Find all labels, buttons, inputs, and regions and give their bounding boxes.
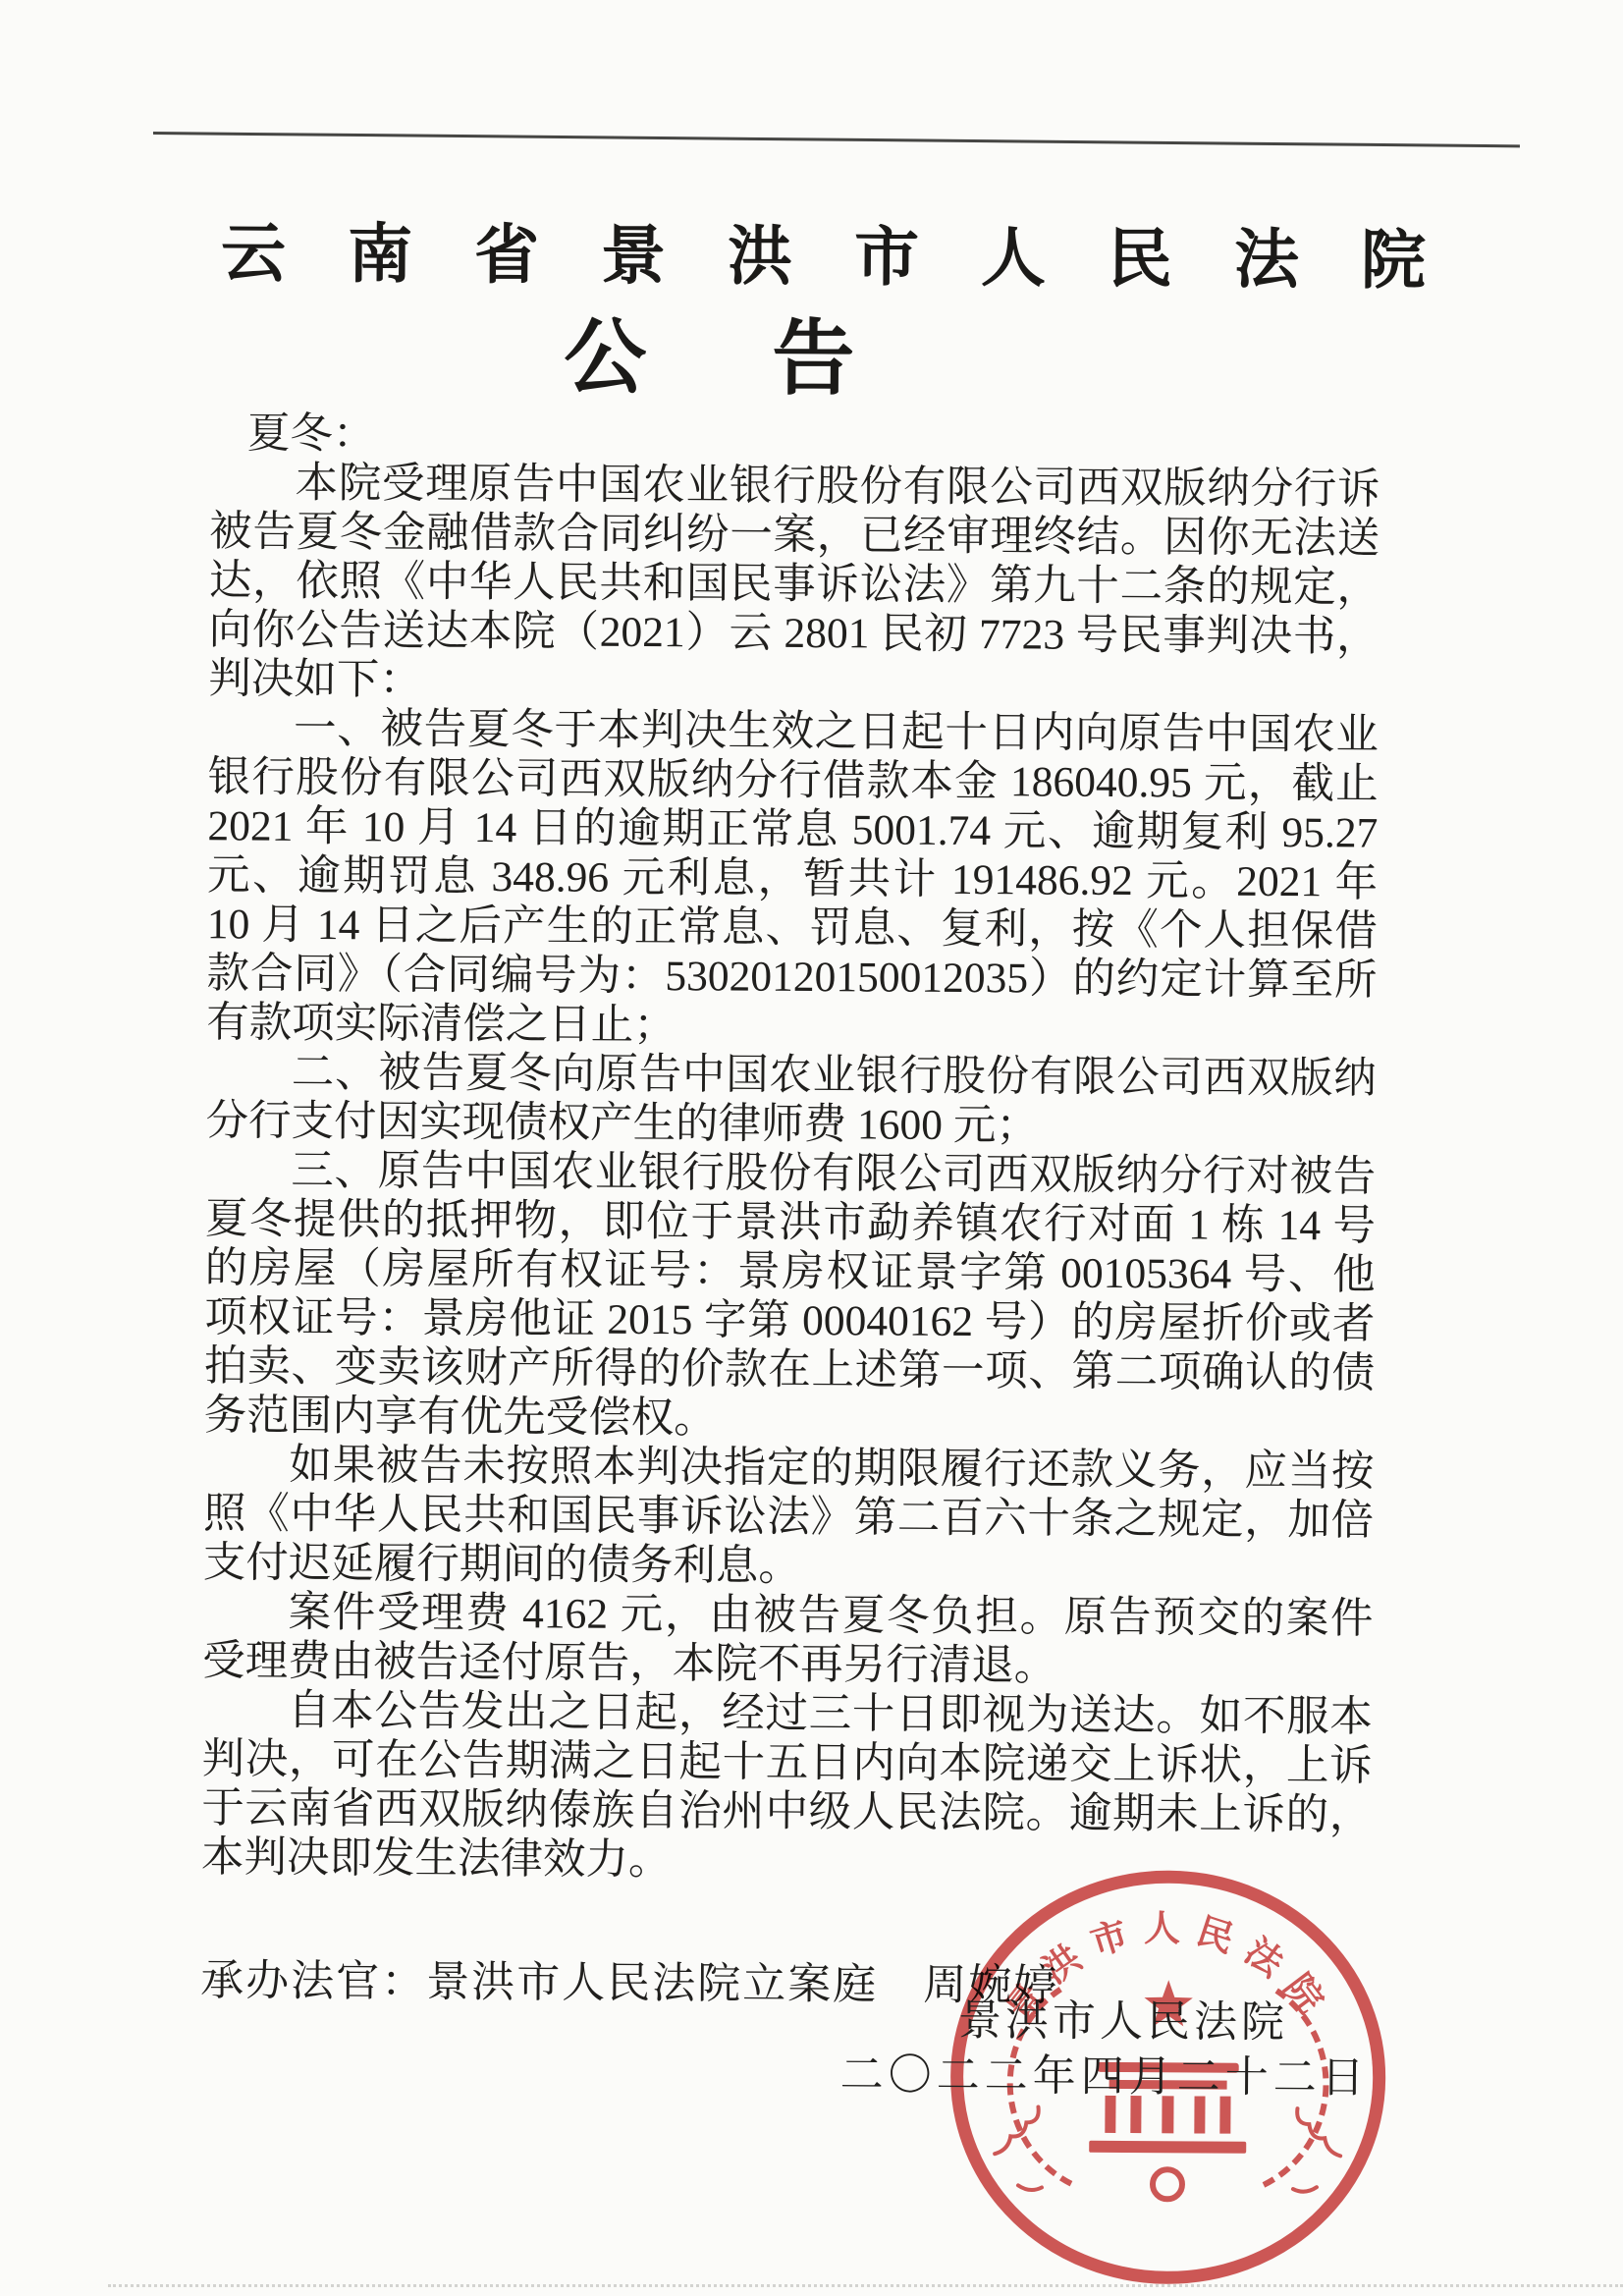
scanned-court-notice-page: 云南省景洪市人民法院 公告 夏冬： 本院受理原告中国农业银行股份有限公司西双版纳… bbox=[0, 0, 1623, 2296]
body-paragraph-appeal-notice: 自本公告发出之日起，经过三十日即视为送达。如不服本判决，可在公告期满之日起十五日… bbox=[201, 1685, 1373, 1888]
recipient-salutation: 夏冬： bbox=[247, 410, 1380, 465]
notice-date: 二〇二二年四月二十二日 bbox=[839, 2039, 1369, 2105]
notice-body: 夏冬： 本院受理原告中国农业银行股份有限公司西双版纳分行诉被告夏冬金融借款合同纠… bbox=[201, 409, 1380, 1888]
body-paragraph-court-fee: 案件受理费 4162 元，由被告夏冬负担。原告预交的案件受理费由被告迳付原告，本… bbox=[202, 1587, 1374, 1692]
court-name-heading: 云南省景洪市人民法院 bbox=[221, 200, 1488, 301]
page-content: 云南省景洪市人民法院 公告 夏冬： 本院受理原告中国农业银行股份有限公司西双版纳… bbox=[0, 0, 1623, 2296]
presiding-judge-line: 承办法官：景洪市人民法院立案庭 周婉婷 bbox=[200, 1944, 1058, 2012]
body-paragraph-judgment-2: 二、被告夏冬向原告中国农业银行股份有限公司西双版纳分行支付因实现债权产生的律师费… bbox=[205, 1047, 1377, 1152]
body-paragraph-judgment-1: 一、被告夏冬于本判决生效之日起十日内向原告中国农业银行股份有限公司西双版纳分行借… bbox=[206, 703, 1379, 1054]
notice-title: 公告 bbox=[564, 291, 981, 412]
body-paragraph-late-performance: 如果被告未按照本判决指定的期限履行还款义务，应当按照《中华人民共和国民事诉讼法》… bbox=[203, 1440, 1375, 1594]
body-paragraph-judgment-3: 三、原告中国农业银行股份有限公司西双版纳分行对被告夏冬提供的抵押物，即位于景洪市… bbox=[204, 1145, 1377, 1447]
body-paragraph-intro: 本院受理原告中国农业银行股份有限公司西双版纳分行诉被告夏冬金融借款合同纠纷一案，… bbox=[208, 458, 1380, 710]
